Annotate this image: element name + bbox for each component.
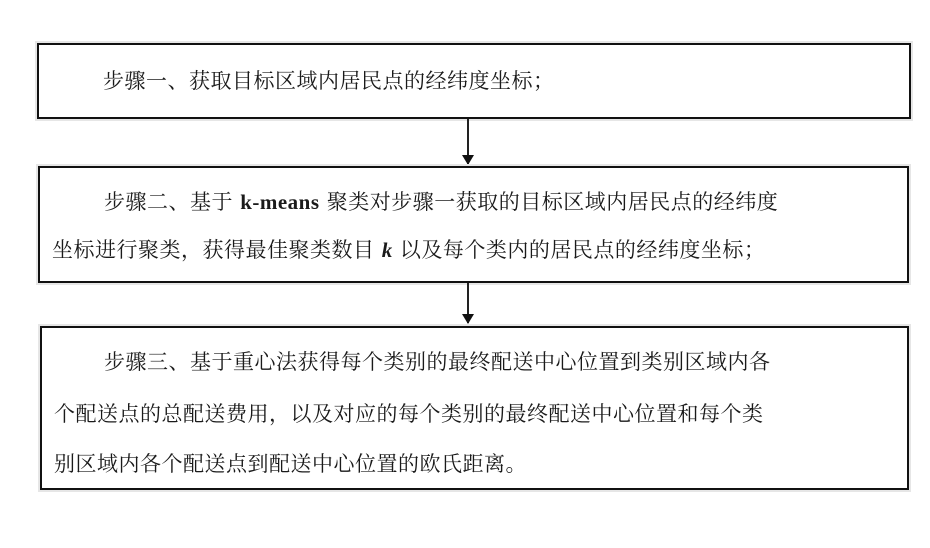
step2-line1-post: 聚类对步骤一获取的目标区域内居民点的经纬度 (320, 190, 779, 214)
kmeans-label: k-means (240, 190, 319, 214)
step3-line-2: 个配送点的总配送费用，以及对应的每个类别的最终配送中心位置和每个类 (54, 398, 764, 428)
step2-line1-pre: 步骤二、基于 (104, 190, 240, 214)
step2-box: 步骤二、基于 k-means 聚类对步骤一获取的目标区域内居民点的经纬度 坐标进… (38, 166, 909, 283)
step3-box: 步骤三、基于重心法获得每个类别的最终配送中心位置到类别区域内各 个配送点的总配送… (40, 326, 909, 490)
step3-line-3: 别区域内各个配送点到配送中心位置的欧氏距离。 (54, 448, 527, 478)
step1-box: 步骤一、获取目标区域内居民点的经纬度坐标； (37, 43, 911, 119)
step2-line-1: 步骤二、基于 k-means 聚类对步骤一获取的目标区域内居民点的经纬度 (104, 186, 778, 216)
step2-line-2: 坐标进行聚类，获得最佳聚类数目 k 以及每个类内的居民点的经纬度坐标； (52, 234, 765, 264)
step2-line2-pre: 坐标进行聚类，获得最佳聚类数目 (52, 238, 382, 262)
arrow-step2-to-step3 (467, 283, 469, 323)
step1-line-1: 步骤一、获取目标区域内居民点的经纬度坐标； (103, 65, 555, 95)
step2-line2-post: 以及每个类内的居民点的经纬度坐标； (393, 238, 766, 262)
arrow-step1-to-step2 (467, 119, 469, 164)
k-variable: k (382, 238, 393, 262)
step3-line-1: 步骤三、基于重心法获得每个类别的最终配送中心位置到类别区域内各 (104, 346, 771, 376)
